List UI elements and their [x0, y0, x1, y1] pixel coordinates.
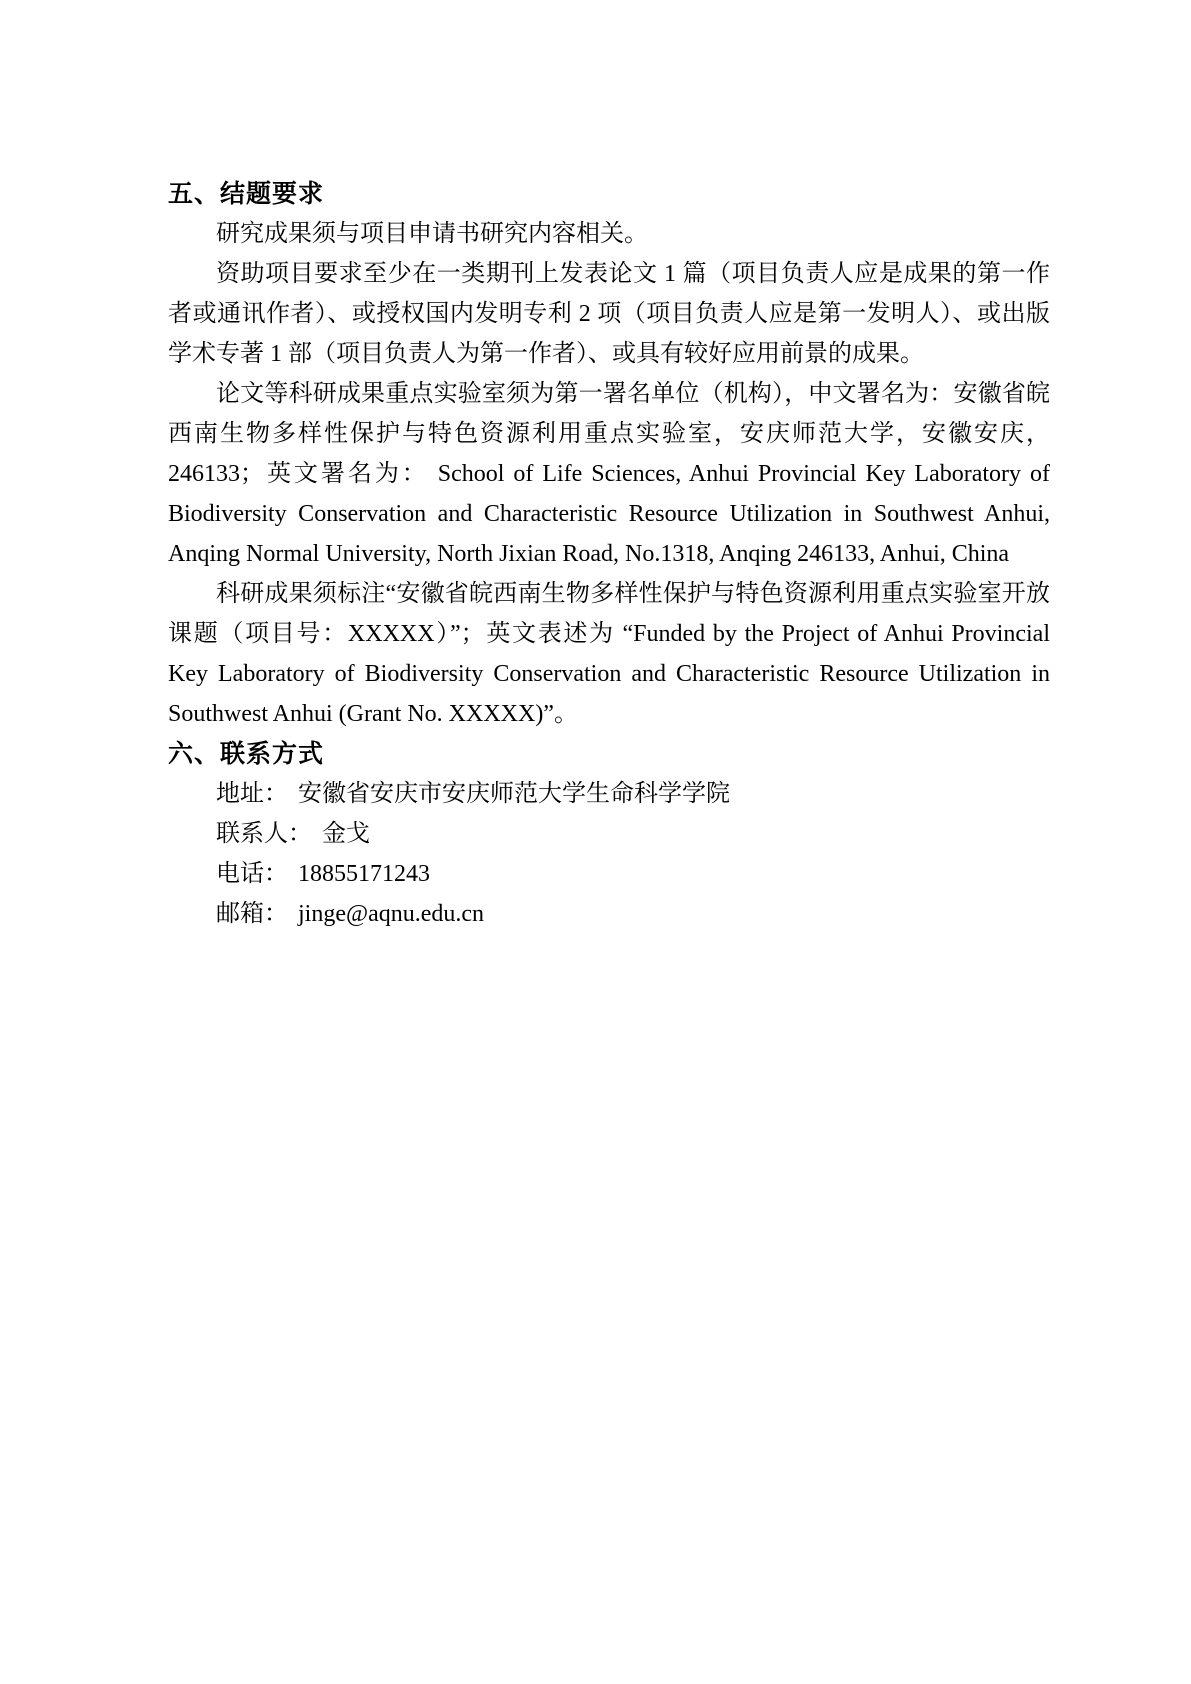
phone-label: 电话： [216, 861, 288, 887]
conclusion-paragraph-4: 科研成果须标注“安徽省皖西南生物多样性保护与特色资源利用重点实验室开放课题（项目… [168, 574, 1050, 734]
section-conclusion-heading: 五、结题要求 [168, 174, 1050, 214]
section-contact-heading: 六、联系方式 [168, 734, 1050, 774]
address-label: 地址： [216, 781, 288, 807]
conclusion-paragraph-2: 资助项目要求至少在一类期刊上发表论文 1 篇（项目负责人应是成果的第一作者或通讯… [168, 254, 1050, 374]
email-value: jinge@aqnu.edu.cn [298, 901, 484, 927]
contact-line-email: 邮箱：jinge@aqnu.edu.cn [168, 894, 1050, 934]
contact-line-person: 联系人：金戈 [168, 814, 1050, 854]
conclusion-paragraph-1: 研究成果须与项目申请书研究内容相关。 [168, 214, 1050, 254]
address-value: 安徽省安庆市安庆师范大学生命科学学院 [298, 781, 730, 807]
contact-person-label: 联系人： [216, 821, 312, 847]
contact-person-value: 金戈 [322, 821, 370, 847]
contact-line-address: 地址：安徽省安庆市安庆师范大学生命科学学院 [168, 774, 1050, 814]
phone-value: 18855171243 [298, 861, 430, 887]
document-page: 五、结题要求 研究成果须与项目申请书研究内容相关。 资助项目要求至少在一类期刊上… [0, 0, 1191, 1684]
conclusion-paragraph-3: 论文等科研成果重点实验室须为第一署名单位（机构），中文署名为：安徽省皖西南生物多… [168, 374, 1050, 574]
email-label: 邮箱： [216, 901, 288, 927]
contact-line-phone: 电话：18855171243 [168, 854, 1050, 894]
